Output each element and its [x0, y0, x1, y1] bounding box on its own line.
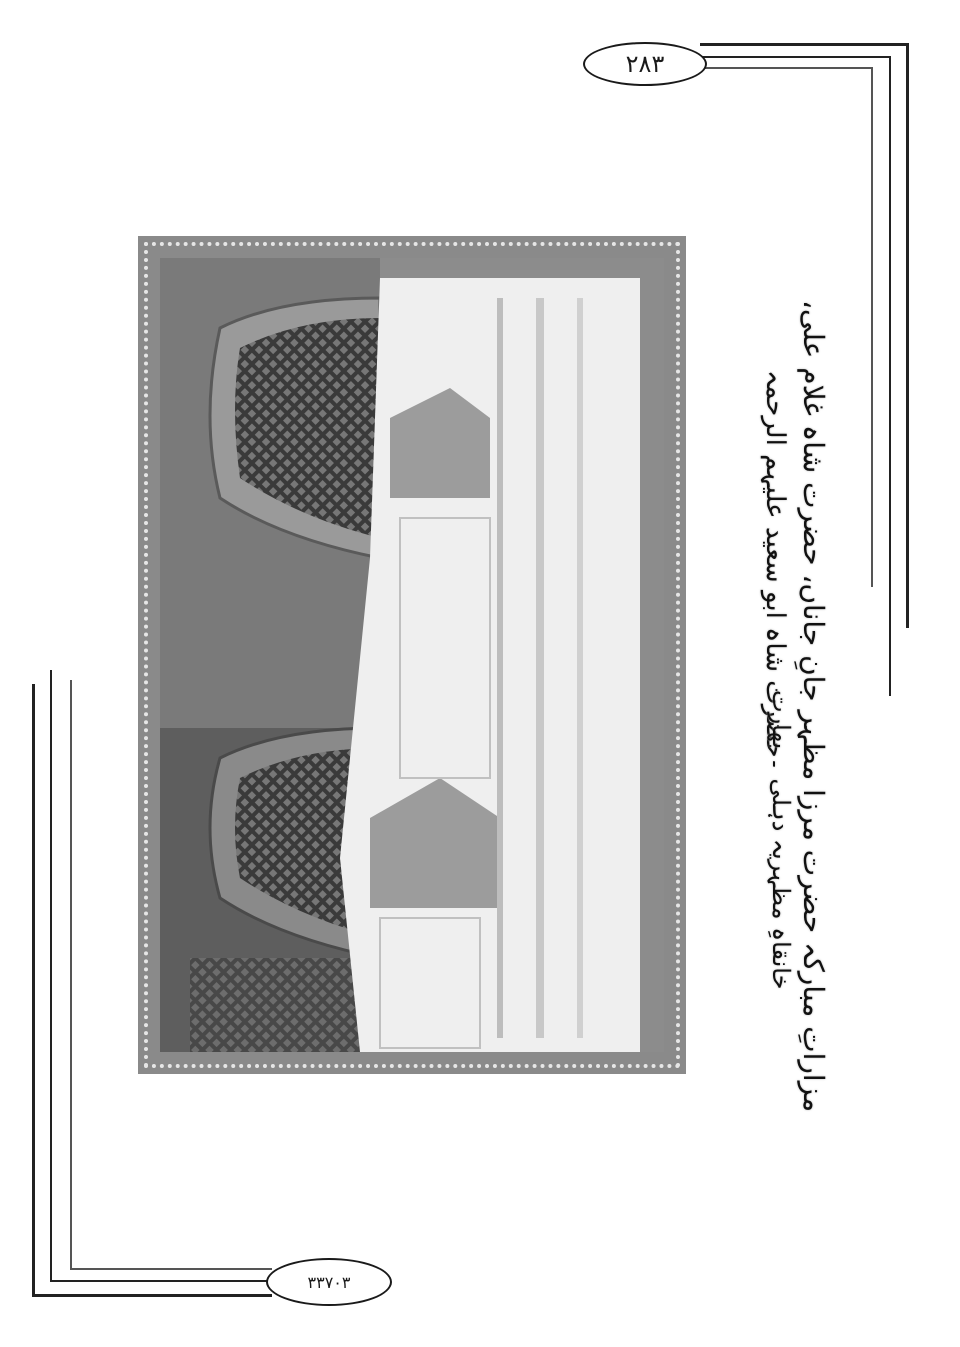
page-number-bottom: ٣٣٧٠٣ — [266, 1258, 392, 1306]
photo-frame — [138, 236, 686, 1074]
tomb-photograph — [160, 258, 664, 1052]
page-number-top: ٢٨٣ — [583, 42, 707, 86]
caption-line-3: خانقاہِ مظہریہ دہلی ۔ بھارت — [767, 690, 795, 989]
caption-line-1: مزاراتِ مبارکہ حضرت مرزا مظہر جانِ جاناں… — [797, 300, 830, 1112]
